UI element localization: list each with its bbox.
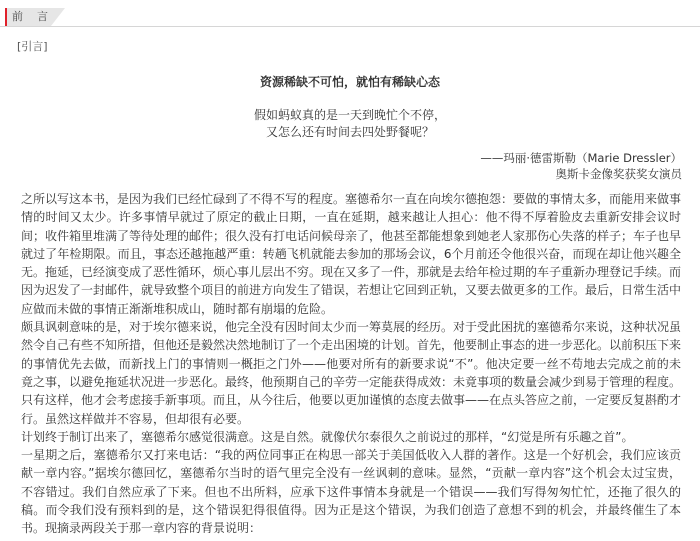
paragraph: 颇具讽刺意味的是，对于埃尔德来说，他完全没有因时间太少而一筹莫展的经历。对于受此… — [21, 318, 681, 428]
epigraph-quote-line: 又怎么还有时间去四处野餐呢？ — [0, 124, 700, 141]
body-text: 之所以写这本书，是因为我们已经忙碌到了不得不写的程度。塞德希尔一直在向埃尔德抱怨… — [21, 190, 681, 538]
intro-tag: [引言] — [17, 40, 48, 54]
epigraph-quote-line: 假如蚂蚁真的是一天到晚忙个不停， — [0, 107, 700, 124]
section-tab-preface: 前言 — [5, 8, 51, 26]
paragraph: 一星期之后，塞德希尔又打来电话：“我的两位同事正在构思一部关于美国低收入人群的著… — [21, 446, 681, 537]
section-header-bar: 前言 — [0, 8, 700, 27]
attribution-role: 奥斯卡金像奖获奖女演员 — [480, 166, 682, 182]
paragraph: 计划终于制订出来了，塞德希尔感觉很满意。这是自然。就像伏尔泰很久之前说过的那样，… — [21, 428, 681, 446]
attribution-author: ——玛丽·德雷斯勒（Marie Dressler） — [480, 150, 682, 166]
epigraph-attribution: ——玛丽·德雷斯勒（Marie Dressler） 奥斯卡金像奖获奖女演员 — [480, 150, 682, 182]
paragraph: 之所以写这本书，是因为我们已经忙碌到了不得不写的程度。塞德希尔一直在向埃尔德抱怨… — [21, 190, 681, 318]
epigraph-title: 资源稀缺不可怕，就怕有稀缺心态 — [0, 74, 700, 90]
epigraph-quote: 假如蚂蚁真的是一天到晚忙个不停， 又怎么还有时间去四处野餐呢？ — [0, 107, 700, 141]
section-tab-label: 前言 — [12, 10, 62, 24]
